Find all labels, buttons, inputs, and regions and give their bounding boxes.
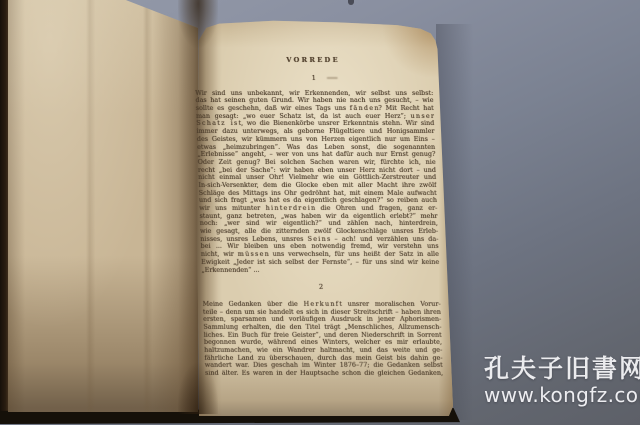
text-line: haltzumachen, wie ein Wandrer haltmacht,…: [204, 347, 442, 355]
text-line: und sich fragt „was hat es da eigentlich…: [199, 197, 437, 205]
text-line: In-sich-Versenkter, dem die Glocke eben …: [198, 182, 436, 190]
paragraph-1: Wir sind uns unbekannt, wir Erkennenden,…: [195, 90, 439, 275]
text-line: bei ... Wir bleiben uns eben notwendig f…: [201, 243, 439, 251]
text-line: ersten, sparsamen und vorläufigen Ausdru…: [203, 316, 441, 324]
background-speck: [348, 0, 354, 5]
text-line: Ewigkeit „Jeder ist sich selbst der Fern…: [201, 259, 439, 267]
text-line: wir uns mitunter h i n t e r d r e i n d…: [199, 205, 437, 213]
text-line: teile – denn um sie handelt es sich in d…: [203, 309, 441, 317]
text-line: Meine Gedanken über die H e r k u n f t …: [203, 301, 441, 309]
text-line: begonnen wurde, während eines Winters, w…: [204, 339, 442, 347]
text-line: recht „bei der Sache“: wir haben eben un…: [198, 167, 436, 175]
text-line: sollte es geschehn, daß wir eines Tags u…: [196, 105, 434, 113]
text-line: immer dazu unterwegs, als geborne Flügel…: [196, 128, 434, 136]
text-line: sind älter. Es waren in der Hauptsache s…: [205, 370, 443, 378]
watermark-site-name: 孔夫子旧書网: [484, 354, 640, 384]
text-line: liches. Ein Buch für freie Geister“, und…: [204, 332, 442, 340]
text-line: wie gesagt, alle die zitternden zwölf Gl…: [200, 228, 438, 236]
ink-smudge: [327, 77, 338, 79]
text-line: S c h a t z i s t, wo die Bienenkörbe un…: [196, 120, 434, 128]
text-line: nisses, unsres Lebens, unsres S e i n s …: [200, 236, 438, 244]
text-line: man gesagt: „wo euer Schatz ist, da ist …: [196, 113, 434, 121]
watermark-site-url: www.kongfz.com: [484, 384, 640, 406]
section-number-1: 1: [195, 75, 433, 83]
page-text: VORREDE 1 Wir sind uns unbekannt, wir Er…: [194, 57, 443, 378]
text-line: fährliche Land zu überschauen, durch das…: [204, 355, 442, 363]
photo-background: VORREDE 1 Wir sind uns unbekannt, wir Er…: [0, 0, 640, 425]
watermark: 孔夫子旧書网 www.kongfz.com: [484, 354, 640, 406]
text-line: des Geistes, wir kümmern uns von Herzen …: [197, 136, 435, 144]
text-line: Oder Zeit genug? Bei solchen Sachen ware…: [198, 159, 436, 167]
text-line: staunt, ganz betreten, „was haben wir da…: [199, 213, 437, 221]
text-line: Schläge des Mittags ins Ohr gedröhnt hat…: [199, 190, 437, 198]
page-title: VORREDE: [194, 57, 432, 64]
text-line: „Erlebnisse“ angeht, – wer von uns hat d…: [197, 151, 435, 159]
section-number-2: 2: [202, 284, 440, 292]
text-line: Wir sind uns unbekannt, wir Erkennenden,…: [195, 90, 433, 98]
text-line: wandert war. Dies geschah im Winter 1876…: [205, 362, 443, 370]
text-line: Sammlung erhalten, die den Titel trägt „…: [203, 324, 441, 332]
left-blank-page: [8, 0, 198, 412]
text-line: das hat seinen guten Grund. Wir haben ni…: [195, 97, 433, 105]
text-line: nicht einmal unser Ohr! Vielmehr wie ein…: [198, 174, 436, 182]
text-line: „Erkennenden“ ...: [201, 267, 439, 275]
text-line: etwas „heimzubringen“. Was das Leben son…: [197, 144, 435, 152]
text-line: nicht, wir m ü s s e n uns verwechseln, …: [201, 251, 439, 259]
text-line: noch: „wer sind wir eigentlich?“ und zäh…: [200, 220, 438, 228]
paragraph-2: Meine Gedanken über die H e r k u n f t …: [203, 301, 444, 378]
